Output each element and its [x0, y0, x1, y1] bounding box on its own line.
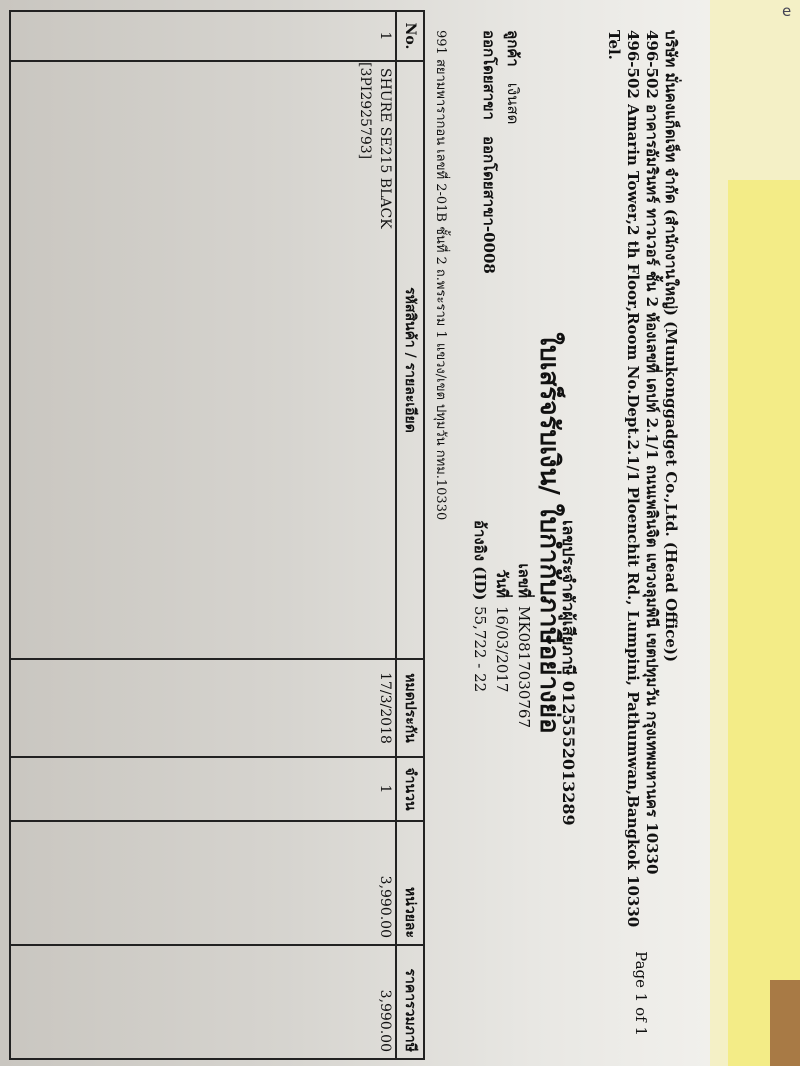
col-qty: จำนวน [396, 757, 424, 821]
cell-qty: 1 [10, 757, 396, 821]
items-table: No. รหัสสินค้า / รายละเอียด หมดประกัน จำ… [9, 10, 425, 1060]
receipt-meta: เลขที่ MK0817030767 วันที่ 16/03/2017 อ้… [469, 520, 535, 728]
yellow-notepad [728, 180, 800, 1066]
company-header: บริษัท มั่นคงแก็ดเจ็ท จำกัด (สำนักงานใหญ… [604, 30, 680, 927]
company-address-th: 496-502 อาคารอัมรินทร์ ทาวเวอร์ ชั้น 2 ห… [642, 30, 661, 927]
meta-row-date: วันที่ 16/03/2017 [491, 520, 513, 728]
reference-id: 55,722 - 22 [469, 606, 491, 692]
col-no: No. [396, 11, 424, 61]
issued-by-label: ออกโดยสาขา [477, 30, 501, 120]
cell-description: SHURE SE215 BLACK [3PI2925793] [10, 61, 396, 659]
meta-row-reference: อ้างอิง (ID) 55,722 - 22 [469, 520, 491, 728]
cell-total: 3,990.00 [10, 945, 396, 1059]
cell-no: 1 [10, 11, 396, 61]
item-name: SHURE SE215 BLACK [377, 68, 393, 229]
background-scrap-text: e [782, 2, 791, 20]
cell-unit-price: 3,990.00 [10, 821, 396, 945]
customer-info: ลูกค้า เงินสด ออกโดยสาขา ออกโดยสาขา-0008 [477, 30, 525, 274]
meta-label: วันที่ [491, 520, 513, 598]
col-total: ราคารวมภาษี [396, 945, 424, 1059]
issued-by-value: ออกโดยสาขา-0008 [477, 136, 501, 274]
document-title: ใบเสร็จรับเงิน/ ใบกำกับภาษีอย่างย่อ [529, 0, 570, 1066]
receipt-document: บริษัท มั่นคงแก็ดเจ็ท จำกัด (สำนักงานใหญ… [10, 0, 710, 1066]
company-name: บริษัท มั่นคงแก็ดเจ็ท จำกัด (สำนักงานใหญ… [661, 30, 680, 927]
meta-label: เลขที่ [513, 520, 535, 598]
branch-address: 991 สยามพารากอน เลขที่ 2-01B ชั้นที่ 2 ถ… [431, 30, 452, 520]
customer-value: เงินสด [501, 83, 525, 125]
col-warranty: หมดประกัน [396, 659, 424, 757]
company-address-en: 496-502 Amarin Tower,2 th Floor,Room No.… [623, 30, 642, 927]
wood-desk [770, 980, 800, 1066]
col-unit-price: หน่วยละ [396, 821, 424, 945]
page-indicator: Page 1 of 1 [632, 951, 650, 1036]
company-tel: Tel. [604, 30, 623, 927]
customer-label: ลูกค้า [501, 30, 525, 67]
cell-warranty: 17/3/2018 [10, 659, 396, 757]
item-serial: [3PI2925793] [357, 62, 373, 652]
meta-row-number: เลขที่ MK0817030767 [513, 520, 535, 728]
table-header-row: No. รหัสสินค้า / รายละเอียด หมดประกัน จำ… [396, 11, 424, 1059]
table-row: 1 SHURE SE215 BLACK [3PI2925793] 17/3/20… [10, 11, 396, 1059]
receipt-number: MK0817030767 [513, 606, 535, 728]
receipt-date: 16/03/2017 [491, 606, 513, 692]
col-description: รหัสสินค้า / รายละเอียด [396, 61, 424, 659]
meta-label: อ้างอิง (ID) [469, 520, 491, 598]
